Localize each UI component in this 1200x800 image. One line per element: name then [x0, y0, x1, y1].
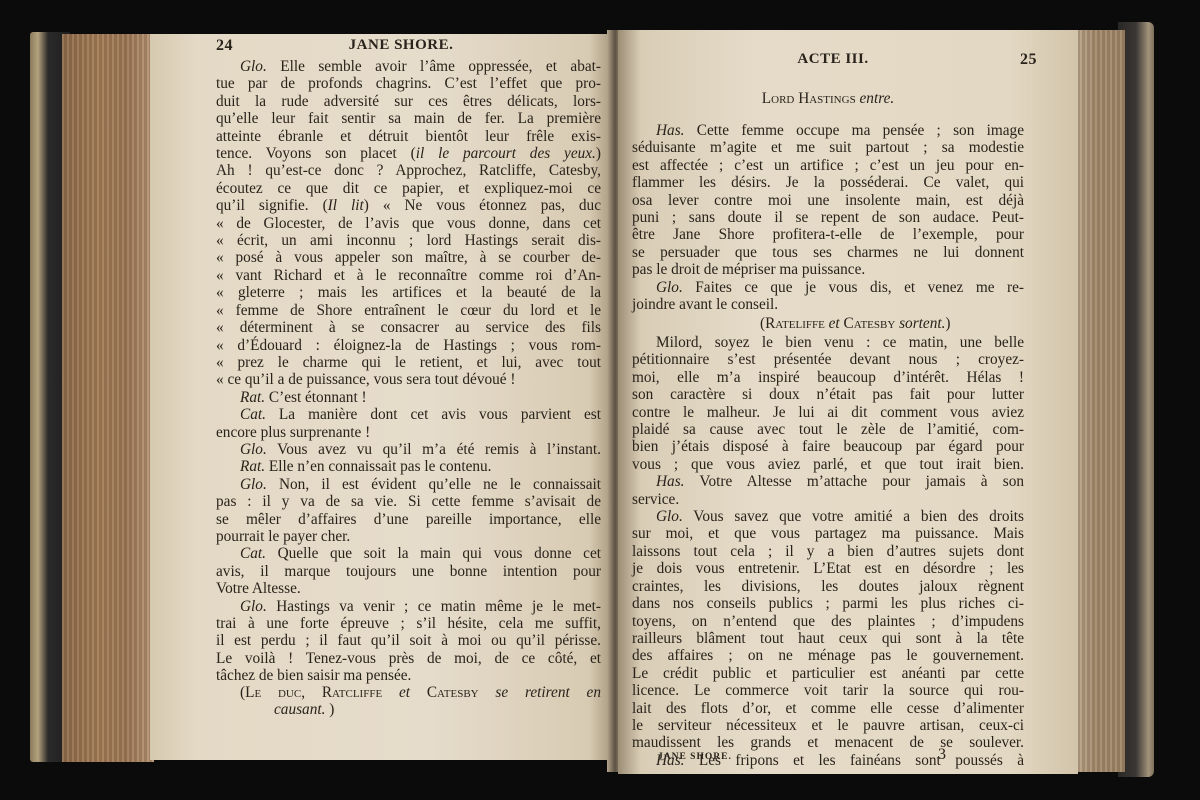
right-page: ACTE III. 25 Lord Hastings entre. Has. C… — [618, 30, 1078, 774]
text-line: service. — [632, 491, 1024, 508]
text-line: sur moi, et que vous partagez ma puissan… — [632, 525, 1024, 542]
text-line: bien j’étais disposé à faire beaucoup pa… — [632, 438, 1024, 455]
text-line: joindre avant le conseil. — [632, 296, 1024, 313]
text-line: « gleterre ; mais les artifices et la be… — [216, 284, 601, 301]
left-page: 24 JANE SHORE. Glo. Elle semble avoir l’… — [150, 34, 612, 760]
text-line: des affaires ; on ne ménage pas le gouve… — [632, 647, 1024, 664]
text-line: est affectée ; c’est un artifice ; c’est… — [632, 157, 1024, 174]
text-line: Rat. Elle n’en connaissait pas le conten… — [216, 458, 601, 475]
text-line: Rat. C’est étonnant ! — [216, 389, 601, 406]
speaker-name: Cat. — [240, 406, 266, 423]
text-line: tence. Voyons son placet (il le parcourt… — [216, 145, 601, 162]
right-page-body-2: Milord, soyez le bien venu : ce matin, u… — [632, 334, 1024, 769]
text-line: qu’il signifie. (Il lit) « Ne vous étonn… — [216, 197, 601, 214]
text-line: Ah ! qu’est-ce donc ? Approchez, Ratclif… — [216, 162, 601, 179]
text-line: Cat. Quelle que soit la main qui vous do… — [216, 545, 601, 562]
stage-direction-exit-right: (Rateliffe et Catesby sortent.) — [632, 315, 1024, 332]
text-line: « déterminent à se consacrer au service … — [216, 319, 601, 336]
right-page-edges — [1075, 30, 1125, 772]
text-line: « femme de Shore entraînent le cœur du l… — [216, 302, 601, 319]
text-line: son caractère si doux n’était pas fait p… — [632, 386, 1024, 403]
text-line: pas : il y va de sa vie. Si cette femme … — [216, 493, 601, 510]
page-number-right: 25 — [1020, 51, 1037, 69]
text-line: « prez le charme qui le retient, et lui,… — [216, 354, 601, 371]
running-head-right: ACTE III. — [618, 51, 1078, 68]
text-line: licence. Le commerce voit tarir la sourc… — [632, 682, 1024, 699]
text-line: se persuader que tous ses charmes ne lui… — [632, 244, 1024, 261]
text-line: osa lever contre moi une insolente main,… — [632, 192, 1024, 209]
text-line: Has. Votre Altesse m’attache pour jamais… — [632, 473, 1024, 490]
text-line: Milord, soyez le bien venu : ce matin, u… — [632, 334, 1024, 351]
text-line: toyens, on n’entend que des plaintes ; d… — [632, 613, 1024, 630]
text-line: « écrit, un ami inconnu ; lord Hastings … — [216, 232, 601, 249]
right-page-body-1: Has. Cette femme occupe ma pensée ; son … — [632, 122, 1024, 313]
speaker-name: Glo. — [240, 441, 267, 458]
speaker-name: Glo. — [240, 476, 267, 493]
text-line: pas le droit de mépriser ma puissance. — [632, 261, 1024, 278]
speaker-name: Has. — [656, 122, 684, 139]
text-line: Glo. Elle semble avoir l’âme oppressée, … — [216, 58, 601, 75]
speaker-name: Cat. — [240, 545, 266, 562]
text-line: « ce qu’il a de puissance, vous sera tou… — [216, 371, 601, 388]
text-line: lait des flots d’or, et comme elle cesse… — [632, 700, 1024, 717]
speaker-name: Glo. — [656, 279, 683, 296]
text-line: qu’elle leur fait sentir sa main de fer.… — [216, 110, 601, 127]
text-line: Cat. La manière dont cet avis vous parvi… — [216, 406, 601, 423]
text-line: séduisante m’agite et me suit partout ; … — [632, 139, 1024, 156]
text-line: Le voilà ! Tenez-vous près de moi, de ce… — [216, 650, 601, 667]
text-line: Glo. Non, il est évident qu’elle ne le c… — [216, 476, 601, 493]
speaker-name: Rat. — [240, 389, 265, 406]
right-page-header: ACTE III. 25 — [618, 48, 1078, 74]
stage-direction-exit-left: (Le duc, Ratcliffe et Catesby se retiren… — [216, 684, 601, 719]
text-line: flammer les désirs. Je la posséderai. Ce… — [632, 174, 1024, 191]
speaker-name: Glo. — [240, 58, 267, 75]
text-line: « d’Édouard : éloignez-la de Hastings ; … — [216, 337, 601, 354]
text-line: pétitionnaire s’est présentée devant nou… — [632, 351, 1024, 368]
left-page-body: Glo. Elle semble avoir l’âme oppressée, … — [216, 58, 601, 685]
text-line: craintes, les divisions, les doutes jalo… — [632, 578, 1024, 595]
text-line: Glo. Vous avez vu qu’il m’a été remis à … — [216, 441, 601, 458]
text-line: être Jane Shore profitera-t-elle de l’ex… — [632, 226, 1024, 243]
text-line: se mêler d’affaires d’une pareille impor… — [216, 511, 601, 528]
text-line: duit la rude adversité sur ces êtres dél… — [216, 93, 601, 110]
text-line: puni ; sans doute il se repent de son au… — [632, 209, 1024, 226]
speaker-name: Glo. — [240, 598, 267, 615]
speaker-name: Glo. — [656, 508, 683, 525]
text-line: écoutez ce que dit ce papier, et expliqu… — [216, 180, 601, 197]
text-line: atteinte ébranle et détruit bientôt leur… — [216, 128, 601, 145]
running-head-left: JANE SHORE. — [150, 37, 612, 54]
text-line: plaidé sa cause avec tout le zèle de l’a… — [632, 421, 1024, 438]
text-line: tâchez de bien saisir ma pensée. — [216, 667, 601, 684]
text-line: dans nos conseils publics ; parmi les pl… — [632, 595, 1024, 612]
text-line: trai à une forte épreuve ; s’il hésite, … — [216, 615, 601, 632]
text-line: « vant Richard et à le reconnaître comme… — [216, 267, 601, 284]
text-line: tue par de profonds chagrins. C’est l’ef… — [216, 75, 601, 92]
text-line: Glo. Faites ce que je vous dis, et venez… — [632, 279, 1024, 296]
text-line: il est perdu ; il faut qu’il soit à moi … — [216, 632, 601, 649]
text-line: maudissent les grands et menacent de se … — [632, 734, 1024, 751]
open-book: 24 JANE SHORE. Glo. Elle semble avoir l’… — [0, 0, 1200, 800]
text-line: contre le malheur. Je lui ai dit comment… — [632, 404, 1024, 421]
text-line: le serviteur nécessiteux et le pauvre ar… — [632, 717, 1024, 734]
printer-signature: JANE SHORE. — [658, 752, 732, 762]
text-line: vous ; que vous aviez parlé, et que tout… — [632, 456, 1024, 473]
text-line: laissons tout cela ; il y a bien d’autre… — [632, 543, 1024, 560]
text-line: je dois vous entretenir. L’Etat est en d… — [632, 560, 1024, 577]
left-page-header: 24 JANE SHORE. — [150, 34, 612, 60]
speaker-name: Rat. — [240, 458, 265, 475]
text-line: « de Glocester, de l’avis que vous donne… — [216, 215, 601, 232]
text-line: avis, il marque toujours une bonne inten… — [216, 563, 601, 580]
text-line: « posé à vous appeler son maître, à se c… — [216, 249, 601, 266]
entrance-direction: Lord Hastings entre. — [632, 90, 1024, 107]
text-line: encore plus surprenante ! — [216, 424, 601, 441]
text-line: Glo. Vous savez que votre amitié a bien … — [632, 508, 1024, 525]
text-line: Glo. Hastings va venir ; ce matin même j… — [216, 598, 601, 615]
text-line: moi, elle m’a inspiré beaucoup d’intérêt… — [632, 369, 1024, 386]
text-line: pourrait le payer cher. — [216, 528, 601, 545]
speaker-name: Has. — [656, 473, 684, 490]
gathering-number: 3 — [938, 746, 946, 764]
text-line: Le crédit public et particulier est anéa… — [632, 665, 1024, 682]
left-page-edges — [62, 34, 154, 762]
text-line: railleurs blâment tout haut ceux qui son… — [632, 630, 1024, 647]
text-line: Has. Cette femme occupe ma pensée ; son … — [632, 122, 1024, 139]
text-line: Votre Altesse. — [216, 580, 601, 597]
